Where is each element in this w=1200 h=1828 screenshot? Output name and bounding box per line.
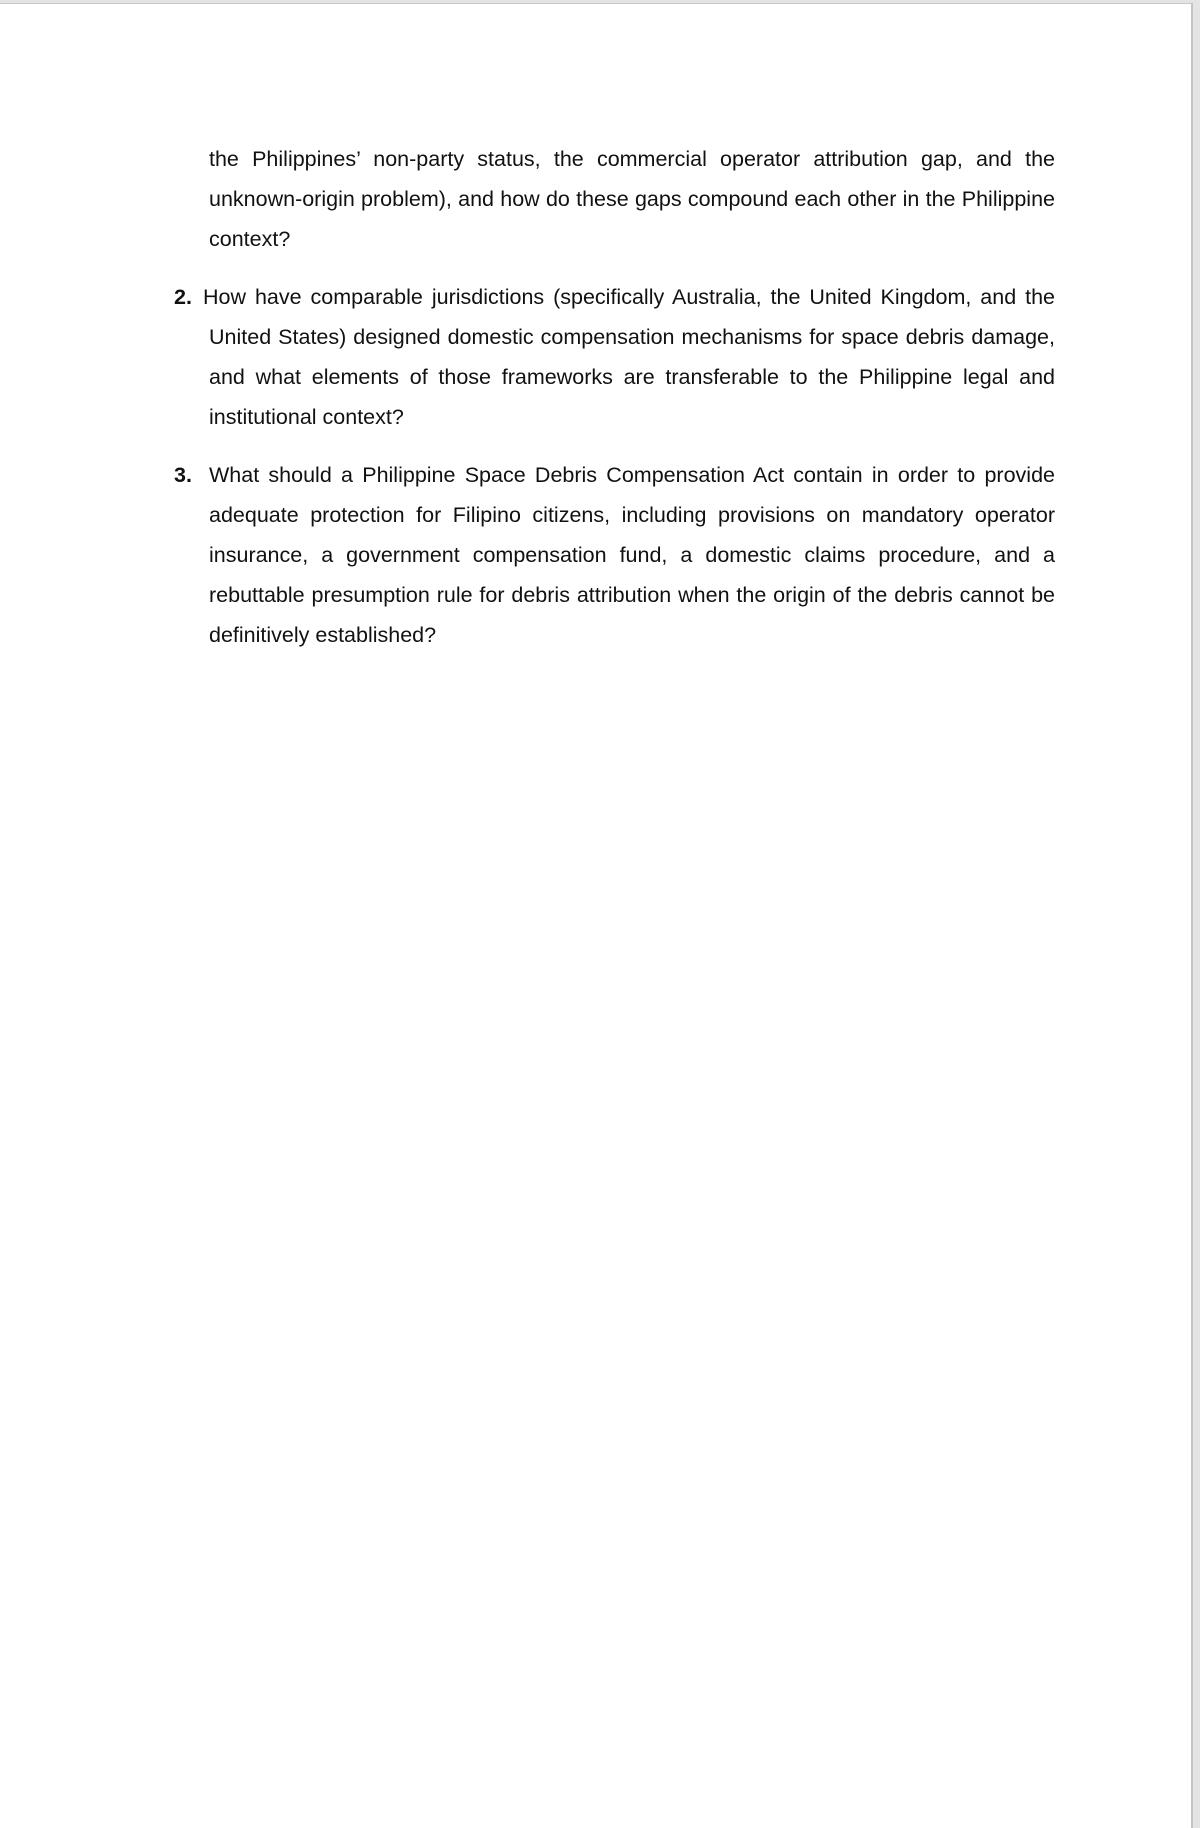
question-text: How have comparable jurisdictions (speci… [209,277,1055,437]
document-page: the Philippines’ non-party status, the c… [0,3,1193,1828]
question-number: 3. [174,455,192,495]
continuation-paragraph: the Philippines’ non-party status, the c… [209,139,1055,259]
research-question-3: 3. What should a Philippine Space Debris… [174,455,1055,655]
question-text: What should a Philippine Space Debris Co… [209,455,1055,655]
research-question-2: 2. How have comparable jurisdictions (sp… [174,277,1055,437]
question-number: 2. [174,277,192,317]
